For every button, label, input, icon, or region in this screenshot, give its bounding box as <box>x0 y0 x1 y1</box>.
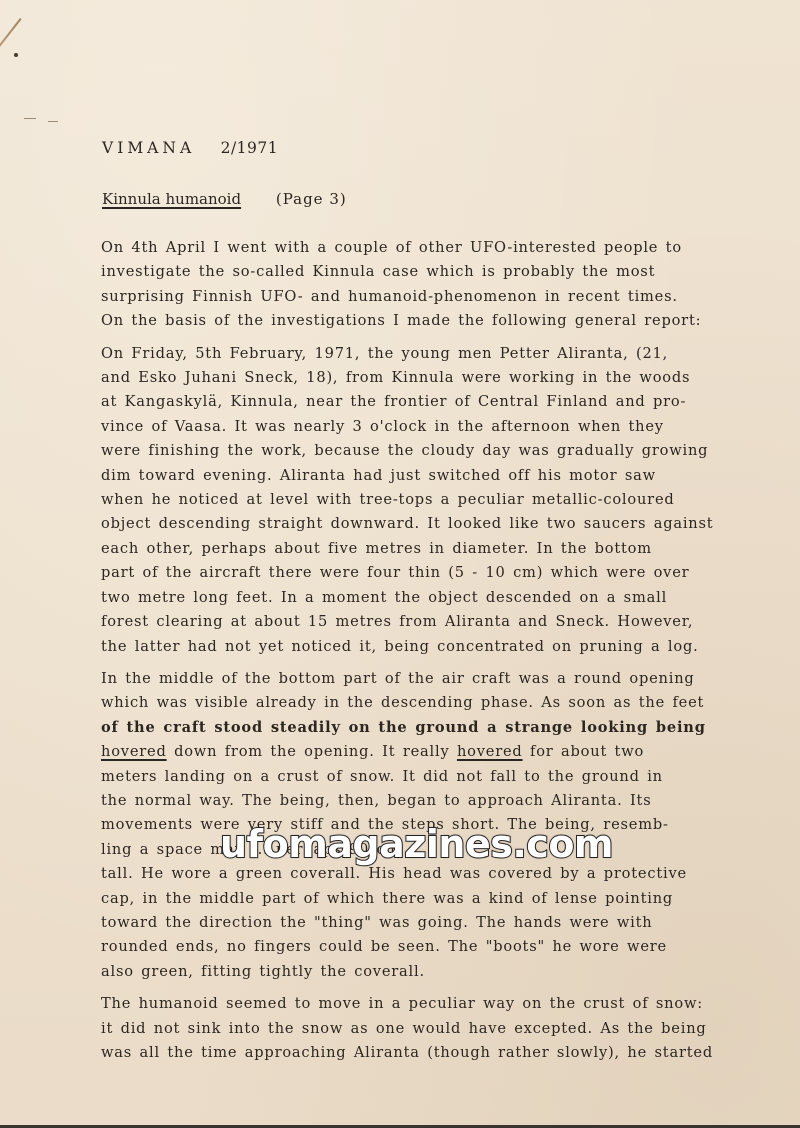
paper-stain-dot <box>14 53 18 57</box>
text-line: the normal way. The being, then, began t… <box>101 789 761 813</box>
text-line: forest clearing at about 15 metres from … <box>101 610 761 634</box>
text-line: surprising Finnish UFO- and humanoid-phe… <box>101 285 761 309</box>
text-line: two metre long feet. In a moment the obj… <box>101 586 761 610</box>
article-title: Kinnula humanoid <box>102 190 241 208</box>
text-line: was all the time approaching Aliranta (t… <box>101 1041 761 1065</box>
text-line: On the basis of the investigations I mad… <box>101 309 761 333</box>
paragraph-report: On Friday, 5th February, 1971, the young… <box>101 342 761 659</box>
text-line: which was visible already in the descend… <box>101 691 761 715</box>
text-line: and Esko Juhani Sneck, 18), from Kinnula… <box>101 366 761 390</box>
text-line: In the middle of the bottom part of the … <box>101 667 761 691</box>
text-line: rounded ends, no fingers could be seen. … <box>101 935 761 959</box>
text-line: vince of Vaasa. It was nearly 3 o'clock … <box>101 415 761 439</box>
text-line: investigate the so-called Kinnula case w… <box>101 260 761 284</box>
watermark-logo: ufomagazines.com <box>220 822 613 866</box>
text-line: it did not sink into the snow as one wou… <box>101 1017 761 1041</box>
text-segment: down from the opening. It really <box>167 743 457 760</box>
text-line: the latter had not yet noticed it, being… <box>101 635 761 659</box>
text-line: when he noticed at level with tree-tops … <box>101 488 761 512</box>
page-label: (Page 3) <box>276 190 347 208</box>
text-line: also green, fitting tightly the coverall… <box>101 960 761 984</box>
text-line: cap, in the middle part of which there w… <box>101 887 761 911</box>
paragraph-movement: The humanoid seemed to move in a peculia… <box>101 992 761 1065</box>
paper-mark <box>48 121 58 122</box>
text-line: at Kangaskylä, Kinnula, near the frontie… <box>101 390 761 414</box>
text-line-underlined: hovered down from the opening. It really… <box>101 740 761 764</box>
text-line: meters landing on a crust of snow. It di… <box>101 765 761 789</box>
paragraph-intro: On 4th April I went with a couple of oth… <box>101 236 761 334</box>
text-line: object descending straight downward. It … <box>101 512 761 536</box>
paper-mark <box>24 118 36 119</box>
text-line: toward the direction the "thing" was goi… <box>101 911 761 935</box>
text-line: The humanoid seemed to move in a peculia… <box>101 992 761 1016</box>
text-line: part of the aircraft there were four thi… <box>101 561 761 585</box>
underlined-word: hovered <box>457 743 523 760</box>
issue-number: 2/1971 <box>221 139 279 157</box>
publication-header: VIMANA 2/1971 <box>102 139 278 157</box>
underlined-word: hovered <box>101 743 167 760</box>
article-body: On 4th April I went with a couple of oth… <box>101 236 761 1073</box>
text-segment: for about two <box>523 743 645 760</box>
text-line: each other, perhaps about five metres in… <box>101 537 761 561</box>
text-line: On 4th April I went with a couple of oth… <box>101 236 761 260</box>
text-line-bold: of the craft stood steadily on the groun… <box>101 716 761 740</box>
text-line: dim toward evening. Aliranta had just sw… <box>101 464 761 488</box>
text-line: On Friday, 5th February, 1971, the young… <box>101 342 761 366</box>
publication-name: VIMANA <box>102 139 195 157</box>
article-heading: Kinnula humanoid (Page 3) <box>102 190 347 208</box>
text-line: were finishing the work, because the clo… <box>101 439 761 463</box>
